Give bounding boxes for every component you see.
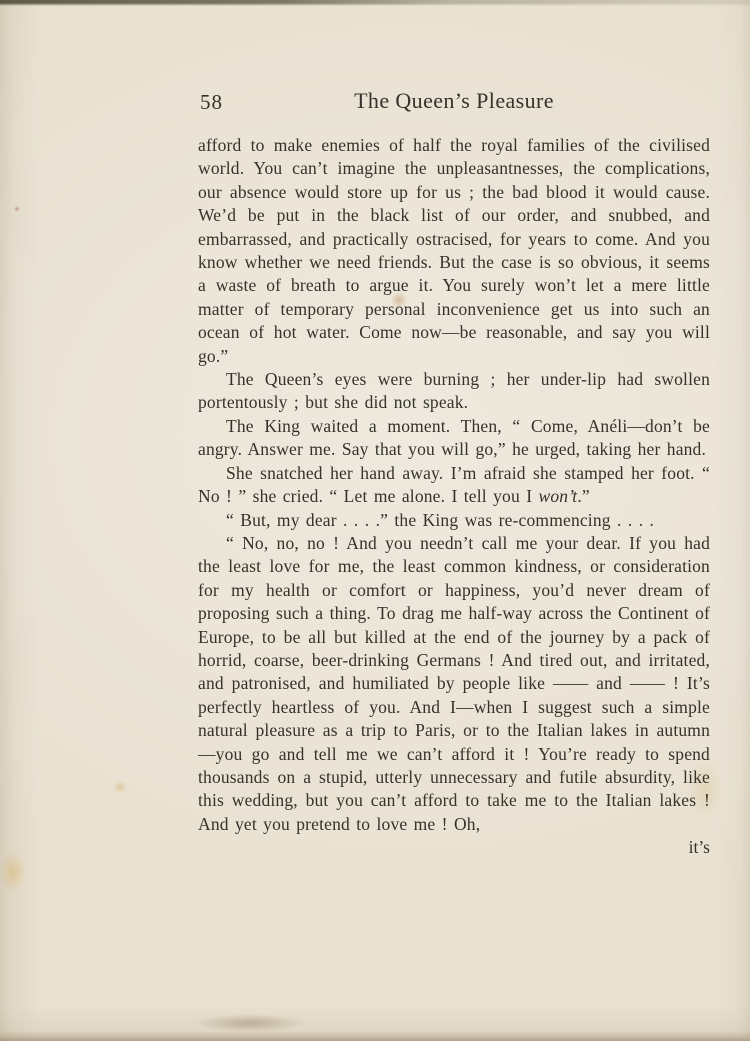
page-body: afford to make enemies of half the royal…	[198, 134, 710, 836]
text-segment: The Queen’s eyes were burning ; her unde…	[198, 369, 710, 412]
paragraph: She snatched her hand away. I’m afraid s…	[198, 462, 710, 509]
page-edge-top	[0, 0, 750, 6]
text-segment: The King waited a moment. Then, “ Come, …	[198, 416, 710, 459]
paragraph: “ No, no, no ! And you needn’t call me y…	[198, 532, 710, 836]
text-segment: She snatched her hand away. I’m afraid s…	[198, 463, 710, 506]
text-segment: “ But, my dear . . . .” the King was re-…	[226, 510, 654, 530]
running-title: The Queen’s Pleasure	[198, 88, 710, 114]
page-edge-bottom	[0, 1031, 750, 1041]
paper-stain	[0, 852, 26, 892]
paragraph: The King waited a moment. Then, “ Come, …	[198, 415, 710, 462]
paragraph: The Queen’s eyes were burning ; her unde…	[198, 368, 710, 415]
page-header: 58 The Queen’s Pleasure	[198, 88, 710, 118]
text-segment: .”	[577, 486, 590, 506]
text-block: 58 The Queen’s Pleasure afford to make e…	[198, 88, 710, 860]
text-segment: “ No, no, no ! And you needn’t call me y…	[198, 533, 710, 834]
catchword: it’s	[198, 836, 710, 859]
paper-stain	[112, 780, 128, 794]
paper-stain	[14, 206, 20, 212]
text-segment: afford to make enemies of half the royal…	[198, 135, 710, 366]
italic-text: won’t	[539, 486, 578, 506]
paragraph: afford to make enemies of half the royal…	[198, 134, 710, 368]
paragraph: “ But, my dear . . . .” the King was re-…	[198, 509, 710, 532]
paper-stain	[195, 1014, 305, 1032]
book-page-scan: 58 The Queen’s Pleasure afford to make e…	[0, 0, 750, 1041]
